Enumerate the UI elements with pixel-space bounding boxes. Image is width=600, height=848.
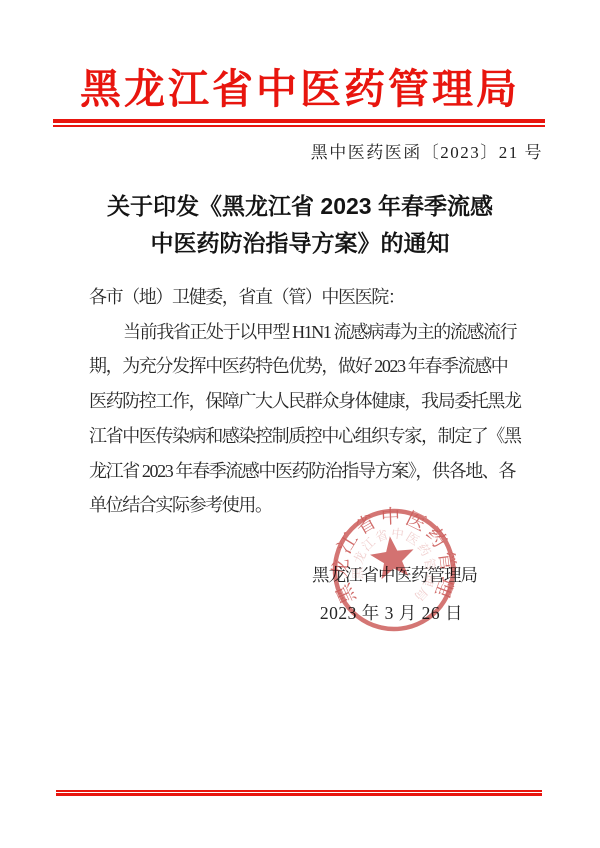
body-line: 江省中医传染病和感染控制质控中心组织专家，制定了《黑 bbox=[89, 419, 529, 454]
body-line: 龙江省 2023 年春季流感中医药防治指导方案》，供各地、各 bbox=[89, 454, 529, 489]
salutation: 各市（地）卫健委，省直（管）中医医院： bbox=[89, 280, 529, 315]
notice-title-line-2: 中医药防治指导方案》的通知 bbox=[0, 225, 600, 262]
notice-title-line-1: 关于印发《黑龙江省 2023 年春季流感 bbox=[0, 188, 600, 225]
footer-red-separator bbox=[56, 790, 542, 796]
body-line: 医药防控工作，保障广大人民群众身体健康，我局委托黑龙 bbox=[89, 384, 529, 419]
official-seal: 黑龙江省中医药管理局 黑龙江省中医药管理局 bbox=[310, 486, 477, 653]
body-line: 当前我省正处于以甲型 H1N1 流感病毒为主的流感流行 bbox=[89, 315, 529, 350]
document-number: 黑中医药医函〔2023〕21 号 bbox=[311, 138, 543, 163]
agency-header: 黑龙江省中医药管理局 bbox=[0, 64, 600, 114]
official-document-page: 黑龙江省中医药管理局 黑中医药医函〔2023〕21 号 关于印发《黑龙江省 20… bbox=[0, 0, 600, 848]
document-body: 各市（地）卫健委，省直（管）中医医院： 当前我省正处于以甲型 H1N1 流感病毒… bbox=[89, 280, 529, 523]
notice-title: 关于印发《黑龙江省 2023 年春季流感 中医药防治指导方案》的通知 bbox=[0, 188, 600, 262]
header-red-separator bbox=[53, 119, 545, 127]
body-line: 期，为充分发挥中医药特色优势，做好 2023 年春季流感中 bbox=[89, 349, 529, 384]
